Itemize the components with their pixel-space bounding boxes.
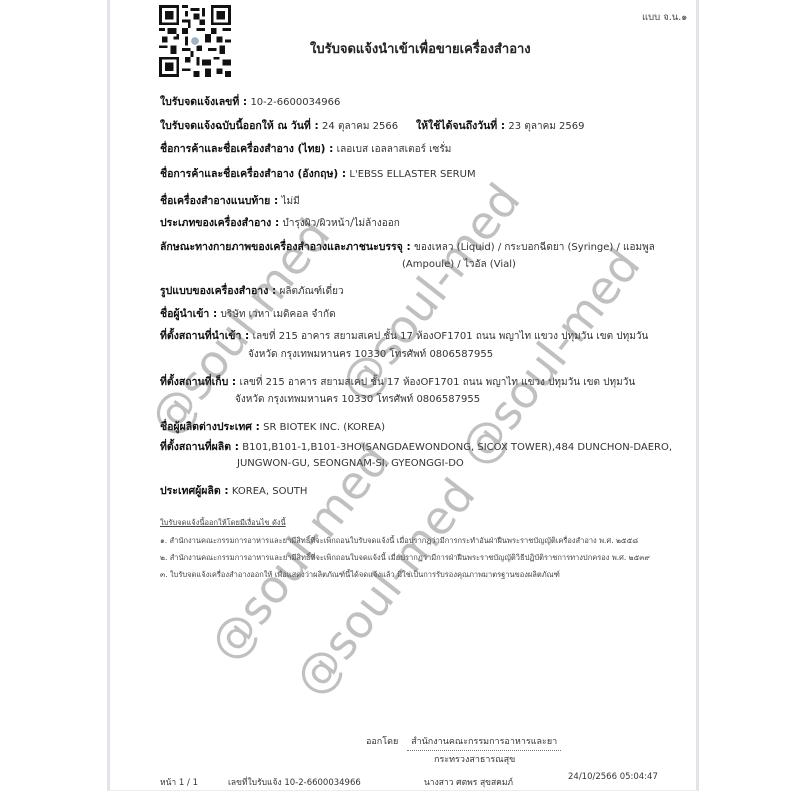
manufacturer-label: ชื่อผู้ผลิตต่างประเทศ : — [160, 421, 260, 433]
issue-date-value: 24 ตุลาคม 2566 — [322, 121, 398, 132]
issue-date-row: ใบรับจดแจ้งฉบับนี้ออกให้ ณ วันที่ : 24 ต… — [160, 117, 398, 134]
storage-address-value: เลขที่ 215 อาคาร สยามสเคป ชั้น 17 ห้องOF… — [239, 377, 635, 388]
physical-form-row: ลักษณะทางกายภาพของเครื่องสำอางและภาชนะบร… — [160, 238, 655, 255]
cosmetic-type-value: บำรุงผิว/ผิวหน้า/ไม่ล้างออก — [283, 218, 400, 229]
condition-item: ๒. สำนักงานคณะกรรมการอาหารและยามีสิทธิ์ท… — [160, 552, 650, 569]
importer-label: ชื่อผู้นำเข้า : — [160, 308, 217, 320]
document-title: ใบรับจดแจ้งนำเข้าเพื่อขายเครื่องสำอาง — [310, 38, 531, 59]
thai-name-value: เลอเบส เอลลาสเตอร์ เซรั่ม — [337, 144, 452, 155]
storage-address-row: ที่ตั้งสถานที่เก็บ : เลขที่ 215 อาคาร สย… — [160, 373, 635, 390]
valid-until-value: 23 ตุลาคม 2569 — [508, 121, 584, 132]
appendix-name-value: ไม่มี — [282, 196, 300, 207]
manufacture-address-label: ที่ตั้งสถานที่ผลิต : — [160, 441, 239, 453]
page-number: หน้า 1 / 1 — [160, 775, 198, 789]
english-name-label: ชื่อการค้าและชื่อเครื่องสำอาง (อังกฤษ) : — [160, 168, 346, 180]
officer-name: นางสาว ศตพร สุขสคมภ์ — [424, 775, 513, 789]
conditions-section: ใบรับจดแจ้งนี้ออกให้โดยมีเงื่อนไข ดังนี้… — [160, 517, 650, 586]
manufacture-country-label: ประเทศผู้ผลิต : — [160, 485, 229, 497]
import-address-value: เลขที่ 215 อาคาร สยามสเคป ชั้น 17 ห้องOF… — [253, 331, 649, 342]
manufacture-address-row: ที่ตั้งสถานที่ผลิต : B101,B101-1,B101-3H… — [160, 438, 672, 455]
manufacturer-value: SR BIOTEK INC. (KOREA) — [263, 422, 385, 433]
english-name-value: L'EBSS ELLASTER SERUM — [349, 169, 475, 180]
notification-number-label: ใบรับจดแจ้งเลขที่ : — [160, 96, 247, 108]
issuing-organization: สำนักงานคณะกรรมการอาหารและยา — [407, 734, 561, 751]
conditions-title: ใบรับจดแจ้งนี้ออกให้โดยมีเงื่อนไข ดังนี้ — [160, 517, 650, 529]
valid-until-label: ให้ใช้ได้จนถึงวันที่ : — [416, 120, 505, 132]
notification-number-row: ใบรับจดแจ้งเลขที่ : 10-2-6600034966 — [160, 93, 340, 110]
appendix-name-row: ชื่อเครื่องสำอางแนบท้าย : ไม่มี — [160, 192, 300, 209]
cosmetic-type-row: ประเภทของเครื่องสำอาง : บำรุงผิว/ผิวหน้า… — [160, 214, 400, 231]
product-format-value: ผลิตภัณฑ์เดี่ยว — [280, 286, 344, 297]
importer-value: บริษัท เวหา เมดิคอล จำกัด — [221, 309, 336, 320]
thai-name-row: ชื่อการค้าและชื่อเครื่องสำอาง (ไทย) : เล… — [160, 140, 451, 157]
manufacture-country-value: KOREA, SOUTH — [232, 486, 308, 497]
appendix-name-label: ชื่อเครื่องสำอางแนบท้าย : — [160, 195, 278, 207]
issued-by: ออกโดย สำนักงานคณะกรรมการอาหารและยา — [366, 734, 561, 751]
condition-item: ๑. สำนักงานคณะกรรมการอาหารและยามีสิทธิ์ท… — [160, 535, 650, 552]
importer-row: ชื่อผู้นำเข้า : บริษัท เวหา เมดิคอล จำกั… — [160, 305, 336, 322]
thai-name-label: ชื่อการค้าและชื่อเครื่องสำอาง (ไทย) : — [160, 143, 333, 155]
cosmetic-type-label: ประเภทของเครื่องสำอาง : — [160, 217, 279, 229]
storage-address-label: ที่ตั้งสถานที่เก็บ : — [160, 376, 236, 388]
manufacture-address-value: B101,B101-1,B101-3HO(SANGDAEWONDONG, SIC… — [242, 442, 672, 453]
english-name-row: ชื่อการค้าและชื่อเครื่องสำอาง (อังกฤษ) :… — [160, 165, 476, 182]
product-format-row: รูปแบบของเครื่องสำอาง : ผลิตภัณฑ์เดี่ยว — [160, 282, 344, 299]
issued-by-label: ออกโดย — [366, 737, 398, 747]
notification-number-value: 10-2-6600034966 — [250, 97, 340, 108]
ministry: กระทรวงสาธารณสุข — [434, 752, 515, 766]
form-code: แบบ จ.น.๑ — [642, 10, 687, 25]
product-format-label: รูปแบบของเครื่องสำอาง : — [160, 285, 276, 297]
manufacture-country-row: ประเทศผู้ผลิต : KOREA, SOUTH — [160, 482, 307, 499]
print-timestamp: 24/10/2566 05:04:47 — [568, 772, 658, 782]
qr-code-icon — [159, 5, 231, 77]
valid-until-row: ให้ใช้ได้จนถึงวันที่ : 23 ตุลาคม 2569 — [416, 117, 584, 134]
physical-form-value-cont: (Ampoule) / ไวอัล (Vial) — [402, 257, 516, 272]
import-address-label: ที่ตั้งสถานที่นำเข้า : — [160, 330, 249, 342]
physical-form-label: ลักษณะทางกายภาพของเครื่องสำอางและภาชนะบร… — [160, 241, 411, 253]
import-address-cont: จังหวัด กรุงเทพมหานคร 10330 โทรศัพท์ 080… — [248, 347, 493, 362]
import-address-row: ที่ตั้งสถานที่นำเข้า : เลขที่ 215 อาคาร … — [160, 327, 648, 344]
issue-date-label: ใบรับจดแจ้งฉบับนี้ออกให้ ณ วันที่ : — [160, 120, 319, 132]
physical-form-value: ของเหลว (Liquid) / กระบอกฉีดยา (Syringe)… — [414, 242, 655, 253]
footer-notification-ref: เลขที่ใบรับแจ้ง 10-2-6600034966 — [228, 775, 361, 789]
manufacture-address-cont: JUNGWON-GU, SEONGNAM-SI, GYEONGGI-DO — [237, 458, 464, 469]
condition-item: ๓. ใบรับจดแจ้งเครื่องสำอางออกให้ เพื่อแส… — [160, 569, 650, 586]
storage-address-cont: จังหวัด กรุงเทพมหานคร 10330 โทรศัพท์ 080… — [235, 392, 480, 407]
manufacturer-row: ชื่อผู้ผลิตต่างประเทศ : SR BIOTEK INC. (… — [160, 418, 385, 435]
